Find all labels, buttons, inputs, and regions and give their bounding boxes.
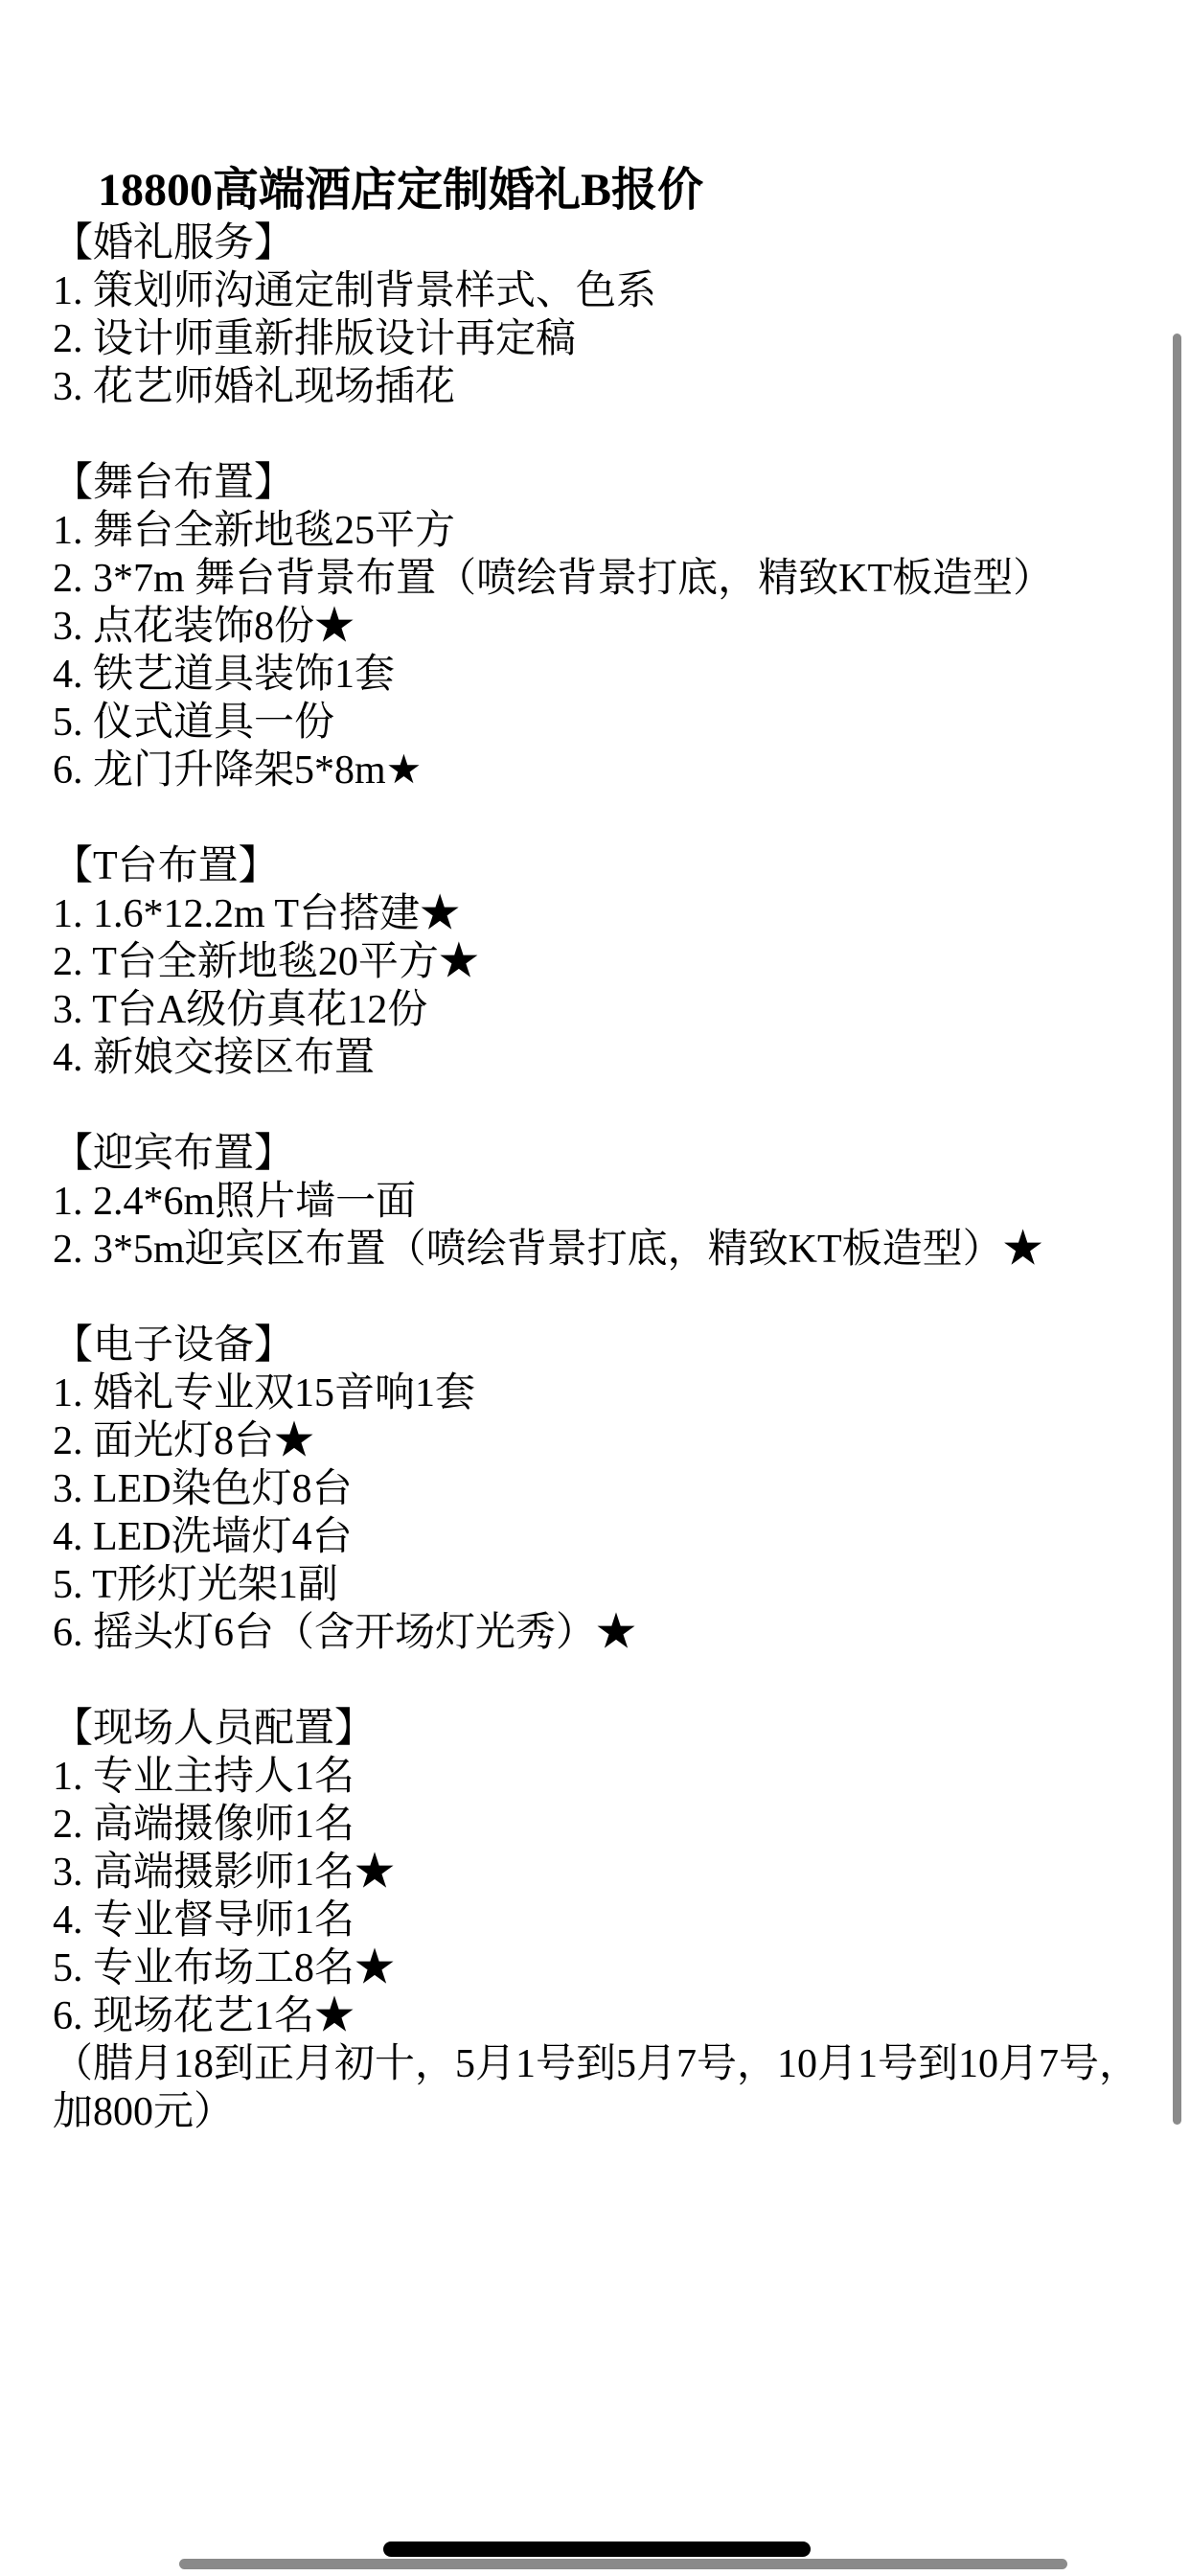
list-item: 6. 龙门升降架5*8m★ xyxy=(53,747,1183,794)
list-item: 2. 3*7m 舞台背景布置（喷绘背景打底，精致KT板造型） xyxy=(53,555,1183,603)
list-item: 1. 1.6*12.2m T台搭建★ xyxy=(53,890,1183,938)
section-header: 【迎宾布置】 xyxy=(53,1130,1183,1178)
list-item: 4. 铁艺道具装饰1套 xyxy=(53,651,1183,699)
list-item: 1. 2.4*6m照片墙一面 xyxy=(53,1178,1183,1226)
list-item: 3. LED染色灯8台 xyxy=(53,1465,1183,1513)
document-body: 【婚礼服务】1. 策划师沟通定制背景样式、色系2. 设计师重新排版设计再定稿3.… xyxy=(53,219,1183,2136)
list-item: 5. 专业布场工8名★ xyxy=(53,1944,1183,1992)
list-item: 1. 舞台全新地毯25平方 xyxy=(53,507,1183,555)
list-item: 2. T台全新地毯20平方★ xyxy=(53,938,1183,986)
list-item: 4. LED洗墙灯4台 xyxy=(53,1513,1183,1561)
vertical-scrollbar[interactable] xyxy=(1173,333,1181,2125)
horizontal-scrollbar[interactable] xyxy=(179,2559,1067,2569)
list-item: 4. 新娘交接区布置 xyxy=(53,1034,1183,1082)
list-item: 3. 花艺师婚礼现场插花 xyxy=(53,363,1183,411)
list-item: 1. 策划师沟通定制背景样式、色系 xyxy=(53,267,1183,315)
list-item: 1. 婚礼专业双15音响1套 xyxy=(53,1369,1183,1417)
list-item: 3. T台A级仿真花12份 xyxy=(53,986,1183,1034)
document-viewer: 18800高端酒店定制婚礼B报价 【婚礼服务】1. 策划师沟通定制背景样式、色系… xyxy=(0,0,1190,2576)
list-item: 2. 设计师重新排版设计再定稿 xyxy=(53,315,1183,363)
blank-line xyxy=(53,411,1183,459)
blank-line xyxy=(53,1657,1183,1705)
section-header: 【T台布置】 xyxy=(53,842,1183,890)
section-header: 【现场人员配置】 xyxy=(53,1705,1183,1753)
list-item: 6. 现场花艺1名★ xyxy=(53,1992,1183,2040)
list-item: 2. 面光灯8台★ xyxy=(53,1417,1183,1465)
list-item: 6. 摇头灯6台（含开场灯光秀）★ xyxy=(53,1609,1183,1657)
list-item: 5. 仪式道具一份 xyxy=(53,699,1183,747)
list-item: 3. 高端摄影师1名★ xyxy=(53,1849,1183,1897)
blank-line xyxy=(53,1082,1183,1130)
list-item: 5. T形灯光架1副 xyxy=(53,1561,1183,1609)
list-item: 2. 3*5m迎宾区布置（喷绘背景打底，精致KT板造型）★ xyxy=(53,1226,1183,1274)
list-item: 1. 专业主持人1名 xyxy=(53,1753,1183,1801)
section-header: 【舞台布置】 xyxy=(53,459,1183,507)
list-item: 2. 高端摄像师1名 xyxy=(53,1801,1183,1849)
note-line: （腊月18到正月初十，5月1号到5月7号，10月1号到10月7号， xyxy=(53,2040,1183,2088)
list-item: 3. 点花装饰8份★ xyxy=(53,603,1183,651)
home-indicator-bar[interactable] xyxy=(383,2541,811,2557)
section-header: 【电子设备】 xyxy=(53,1322,1183,1369)
document-title: 18800高端酒店定制婚礼B报价 xyxy=(98,163,703,218)
note-line: 加800元） xyxy=(53,2088,1183,2136)
blank-line xyxy=(53,794,1183,842)
blank-line xyxy=(53,1274,1183,1322)
list-item: 4. 专业督导师1名 xyxy=(53,1897,1183,1944)
section-header: 【婚礼服务】 xyxy=(53,219,1183,267)
